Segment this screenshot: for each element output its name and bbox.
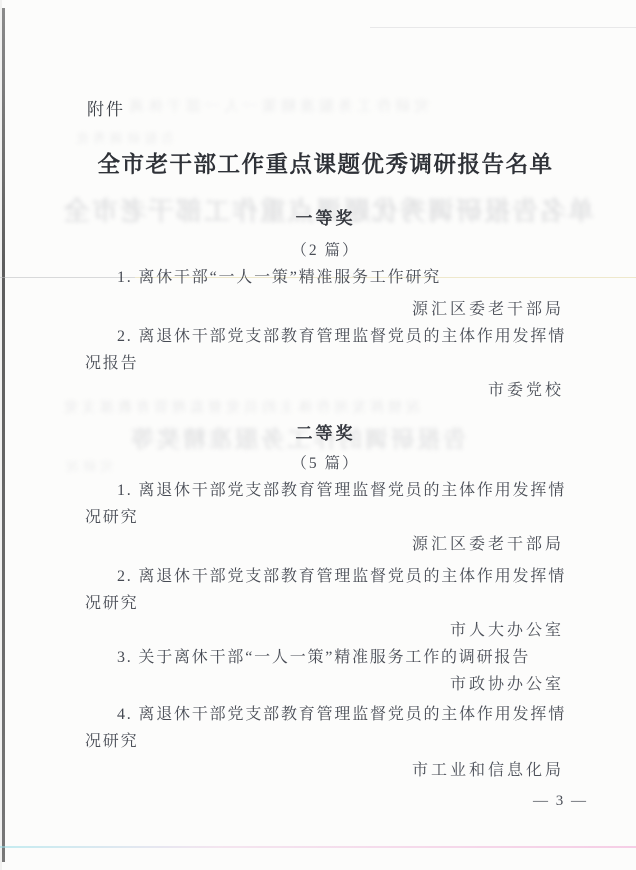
report-item-org: 市人大办公室 [85, 617, 566, 644]
report-item-title: 1. 离休干部“一人一策”精准服务工作研究 [85, 264, 566, 291]
prize-section-first: 一等奖 （2 篇） 1. 离休干部“一人一策”精准服务工作研究 源汇区委老干部局… [85, 205, 566, 404]
attachment-label: 附件 [87, 96, 566, 123]
page-number: — 3 — [85, 788, 588, 815]
report-item-org: 市政协办公室 [85, 671, 566, 698]
report-item-title: 3. 关于离休干部“一人一策”精准服务工作的调研报告 [85, 644, 566, 671]
report-item-title: 4. 离退休干部党支部教育管理监督党员的主体作用发挥情况研究 [85, 701, 566, 755]
document-content: 附件 全市老干部工作重点课题优秀调研报告名单 一等奖 （2 篇） 1. 离休干部… [85, 0, 566, 815]
scan-streak-pink [0, 846, 636, 848]
scanned-document-page: 究研作工务服准精策一人一部干休离 告报研调秀优 单名告报研调秀优题课点重作工部干… [0, 0, 636, 870]
report-item-title: 2. 离退休干部党支部教育管理监督党员的主体作用发挥情况研究 [85, 563, 566, 617]
report-item-org: 源汇区委老干部局 [85, 296, 566, 323]
report-item-org: 市委党校 [85, 377, 566, 404]
section-count: （2 篇） [85, 237, 566, 264]
report-item-org: 市工业和信息化局 [85, 757, 566, 784]
section-heading-first-prize: 一等奖 [85, 205, 566, 232]
section-heading-second-prize: 二等奖 [85, 420, 566, 447]
report-item-title: 1. 离退休干部党支部教育管理监督党员的主体作用发挥情况研究 [85, 477, 566, 531]
scan-edge-line [2, 8, 5, 862]
report-item-title: 2. 离退休干部党支部教育管理监督党员的主体作用发挥情况报告 [85, 323, 566, 377]
document-title: 全市老干部工作重点课题优秀调研报告名单 [85, 150, 566, 180]
report-item-org: 源汇区委老干部局 [85, 531, 566, 558]
prize-section-second: 二等奖 （5 篇） 1. 离退休干部党支部教育管理监督党员的主体作用发挥情况研究… [85, 420, 566, 784]
section-count: （5 篇） [85, 450, 566, 477]
